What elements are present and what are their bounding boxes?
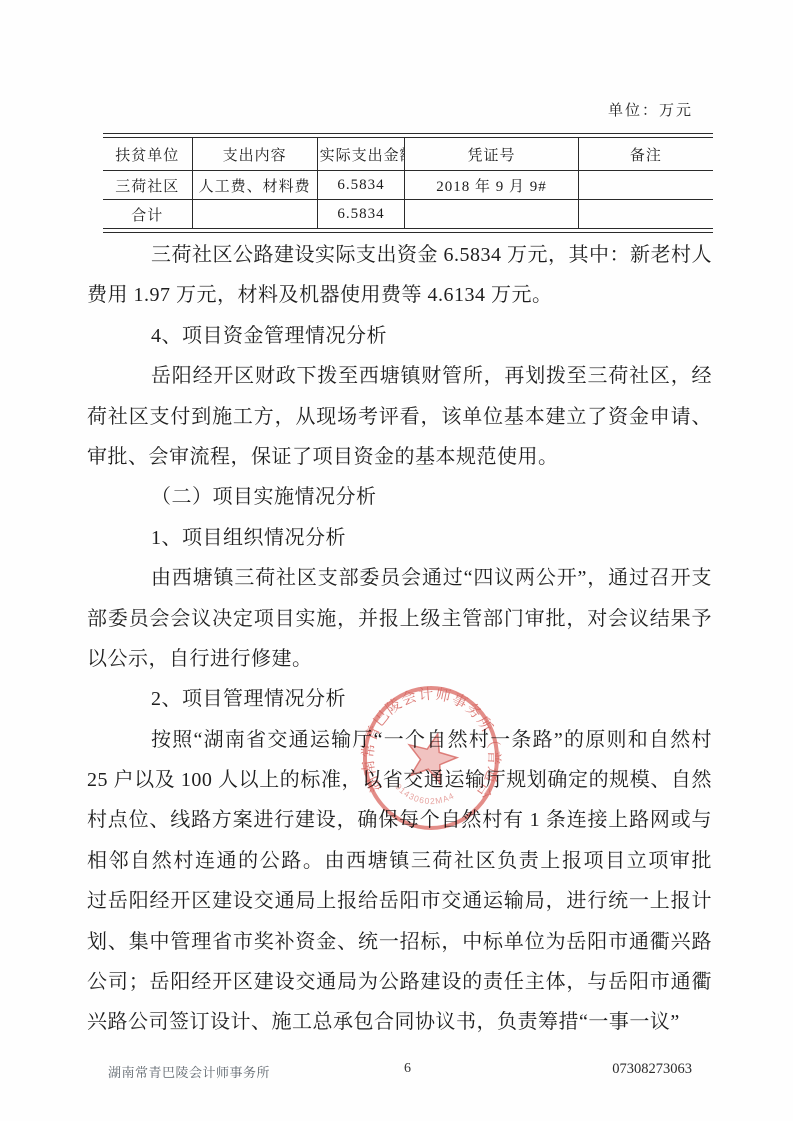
footer-page-number: 6 <box>404 1061 411 1077</box>
body-text: 三荷社区公路建设实际支出资金 6.5834 万元，其中：新老村人工 费用 1.9… <box>87 235 712 1043</box>
cell-content: 人工费、材料费 <box>192 171 317 200</box>
body-line: 村点位、线路方案进行建设，确保每个自然村有 1 条连接上路网或与 <box>87 800 712 840</box>
cell-amount: 6.5834 <box>317 171 405 200</box>
body-line: 划、集中管理省市奖补资金、统一招标，中标单位为岳阳市通衢兴路 <box>87 922 712 962</box>
cell-voucher: 2018 年 9 月 9# <box>405 171 578 200</box>
cell-content <box>192 200 317 229</box>
body-line: 相邻自然村连通的公路。由西塘镇三荷社区负责上报项目立项审批表， <box>87 841 712 881</box>
body-line: 兴路公司签订设计、施工总承包合同协议书，负责筹措“一事一议” <box>87 1002 712 1042</box>
section-heading: 2、项目管理情况分析 <box>87 679 712 719</box>
footer-phone-number: 07308273063 <box>612 1061 692 1078</box>
document-page: 单位：万元 扶贫单位 支出内容 实际支出金额 凭证号 备注 三荷社区 人工费、材… <box>0 0 793 1121</box>
body-line: 过岳阳经开区建设交通局上报给岳阳市交通运输局，进行统一上报计 <box>87 881 712 921</box>
footer-firm-name: 湖南常青巴陵会计师事务所 <box>108 1062 270 1081</box>
section-heading: （二）项目实施情况分析 <box>87 477 712 517</box>
cell-unit: 合计 <box>103 200 192 229</box>
body-line: 审批、会审流程，保证了项目资金的基本规范使用。 <box>87 437 712 477</box>
table-row: 三荷社区 人工费、材料费 6.5834 2018 年 9 月 9# <box>103 171 713 200</box>
cell-amount: 6.5834 <box>317 200 405 229</box>
body-line: 三荷社区公路建设实际支出资金 6.5834 万元，其中：新老村人工 <box>87 235 712 275</box>
col-header-note: 备注 <box>578 138 713 171</box>
col-header-unit: 扶贫单位 <box>103 138 192 171</box>
body-line: 由西塘镇三荷社区支部委员会通过“四议两公开”，通过召开支 <box>87 558 712 598</box>
body-line: 按照“湖南省交通运输厅“一个自然村一条路”的原则和自然村 <box>87 720 712 760</box>
col-header-voucher: 凭证号 <box>405 138 578 171</box>
table-total-row: 合计 6.5834 <box>103 200 713 229</box>
col-header-amount: 实际支出金额 <box>317 138 405 171</box>
cell-note <box>578 200 713 229</box>
cell-voucher <box>405 200 578 229</box>
cell-note <box>578 171 713 200</box>
cell-unit: 三荷社区 <box>103 171 192 200</box>
expense-table: 扶贫单位 支出内容 实际支出金额 凭证号 备注 三荷社区 人工费、材料费 6.5… <box>103 133 713 233</box>
section-heading: 4、项目资金管理情况分析 <box>87 316 712 356</box>
section-heading: 1、项目组织情况分析 <box>87 518 712 558</box>
body-line: 以公示，自行进行修建。 <box>87 639 712 679</box>
body-line: 岳阳经开区财政下拨至西塘镇财管所，再划拨至三荷社区，经三 <box>87 356 712 396</box>
col-header-content: 支出内容 <box>192 138 317 171</box>
body-line: 25 户以及 100 人以上的标准，以省交通运输厅规划确定的规模、自然 <box>87 760 712 800</box>
table-header-row: 扶贫单位 支出内容 实际支出金额 凭证号 备注 <box>103 138 713 171</box>
body-line: 荷社区支付到施工方，从现场考评看，该单位基本建立了资金申请、 <box>87 397 712 437</box>
body-line: 费用 1.97 万元，材料及机器使用费等 4.6134 万元。 <box>87 275 712 315</box>
body-line: 公司；岳阳经开区建设交通局为公路建设的责任主体，与岳阳市通衢 <box>87 962 712 1002</box>
body-line: 部委员会会议决定项目实施，并报上级主管部门审批，对会议结果予 <box>87 599 712 639</box>
unit-label: 单位：万元 <box>608 99 693 120</box>
